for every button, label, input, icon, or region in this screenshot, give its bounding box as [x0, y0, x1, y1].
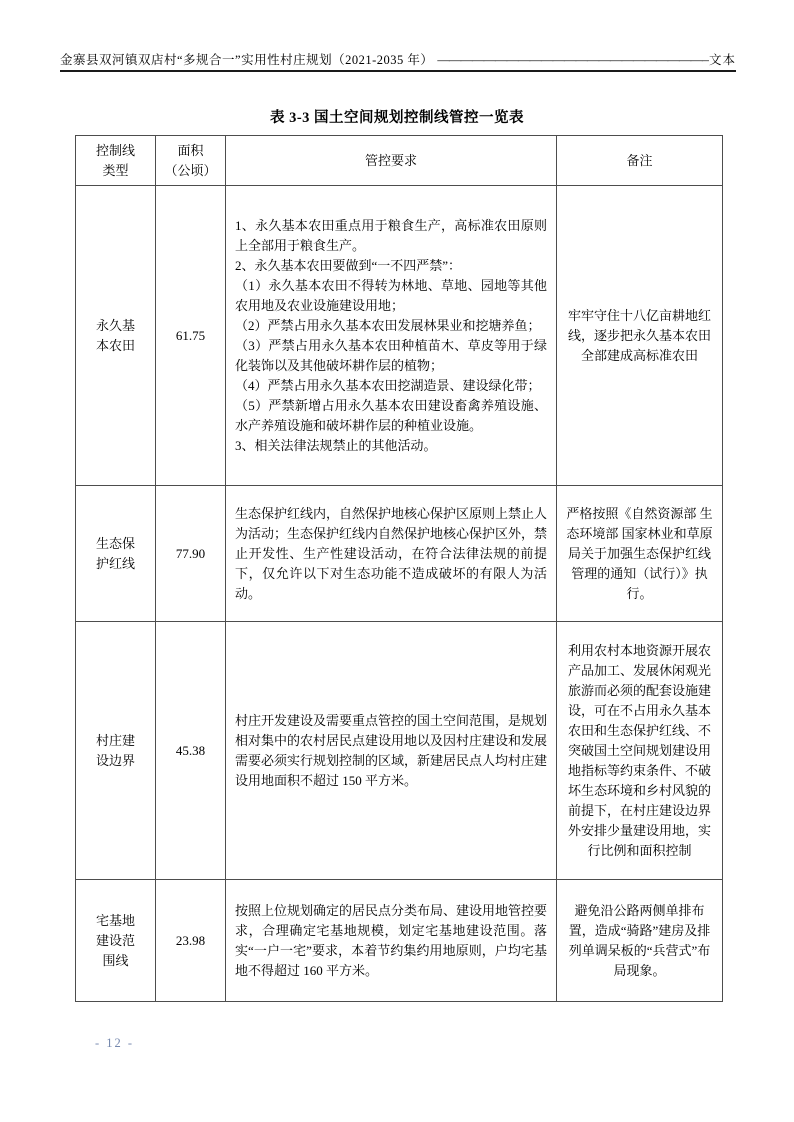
cell-requirements: 按照上位规划确定的居民点分类布局、建设用地管控要求，合理确定宅基地规模，划定宅基… [226, 880, 557, 1002]
cell-area: 77.90 [156, 486, 226, 622]
cell-area: 45.38 [156, 622, 226, 880]
cell-requirements: 1、永久基本农田重点用于粮食生产，高标准农田原则上全部用于粮食生产。 2、永久基… [226, 186, 557, 486]
cell-remark: 避免沿公路两侧单排布置，造成“骑路”建房及排列单调呆板的“兵营式”布局现象。 [557, 880, 723, 1002]
column-header-requirements: 管控要求 [226, 136, 557, 186]
header-dash-rule: —————————————————————————————— [437, 53, 709, 68]
column-header-type: 控制线 类型 [76, 136, 156, 186]
header-title: 金寨县双河镇双店村“多规合一”实用性村庄规划（2021-2035 年） [60, 50, 433, 68]
document-page: 金寨县双河镇双店村“多规合一”实用性村庄规划（2021-2035 年） ————… [0, 0, 794, 1122]
table-caption: 表 3-3 国土空间规划控制线管控一览表 [0, 106, 794, 127]
cell-remark: 利用农村本地资源开展农产品加工、发展休闲观光旅游而必须的配套设施建设，可在不占用… [557, 622, 723, 880]
cell-requirements: 村庄开发建设及需要重点管控的国土空间范围，是规划相对集中的农村居民点建设用地以及… [226, 622, 557, 880]
table-row-ecological-redline: 生态保护红线 77.90 生态保护红线内，自然保护地核心保护区原则上禁止人为活动… [76, 486, 723, 622]
page-footer: - 12 - [95, 1036, 134, 1051]
cell-type: 宅基地建设范围线 [76, 880, 156, 1002]
cell-area: 23.98 [156, 880, 226, 1002]
cell-remark: 严格按照《自然资源部 生态环境部 国家林业和草原局关于加强生态保护红线管理的通知… [557, 486, 723, 622]
control-line-table: 控制线 类型 面积 （公顷） 管控要求 备注 永久基本农田 61.75 1、永久… [75, 135, 723, 1002]
column-header-remark: 备注 [557, 136, 723, 186]
header-doc-type: 文本 [709, 50, 736, 68]
table-row-permanent-farmland: 永久基本农田 61.75 1、永久基本农田重点用于粮食生产，高标准农田原则上全部… [76, 186, 723, 486]
cell-remark: 牢牢守住十八亿亩耕地红线，逐步把永久基本农田全部建成高标准农田 [557, 186, 723, 486]
running-header: 金寨县双河镇双店村“多规合一”实用性村庄规划（2021-2035 年） ————… [60, 50, 736, 72]
table-header-row: 控制线 类型 面积 （公顷） 管控要求 备注 [76, 136, 723, 186]
cell-requirements: 生态保护红线内，自然保护地核心保护区原则上禁止人为活动；生态保护红线内自然保护地… [226, 486, 557, 622]
cell-type: 永久基本农田 [76, 186, 156, 486]
page-number: - 12 - [95, 1036, 134, 1050]
table-row-village-construction-boundary: 村庄建设边界 45.38 村庄开发建设及需要重点管控的国土空间范围，是规划相对集… [76, 622, 723, 880]
cell-area: 61.75 [156, 186, 226, 486]
table-row-homestead-scope-line: 宅基地建设范围线 23.98 按照上位规划确定的居民点分类布局、建设用地管控要求… [76, 880, 723, 1002]
cell-type: 生态保护红线 [76, 486, 156, 622]
cell-type: 村庄建设边界 [76, 622, 156, 880]
column-header-area: 面积 （公顷） [156, 136, 226, 186]
